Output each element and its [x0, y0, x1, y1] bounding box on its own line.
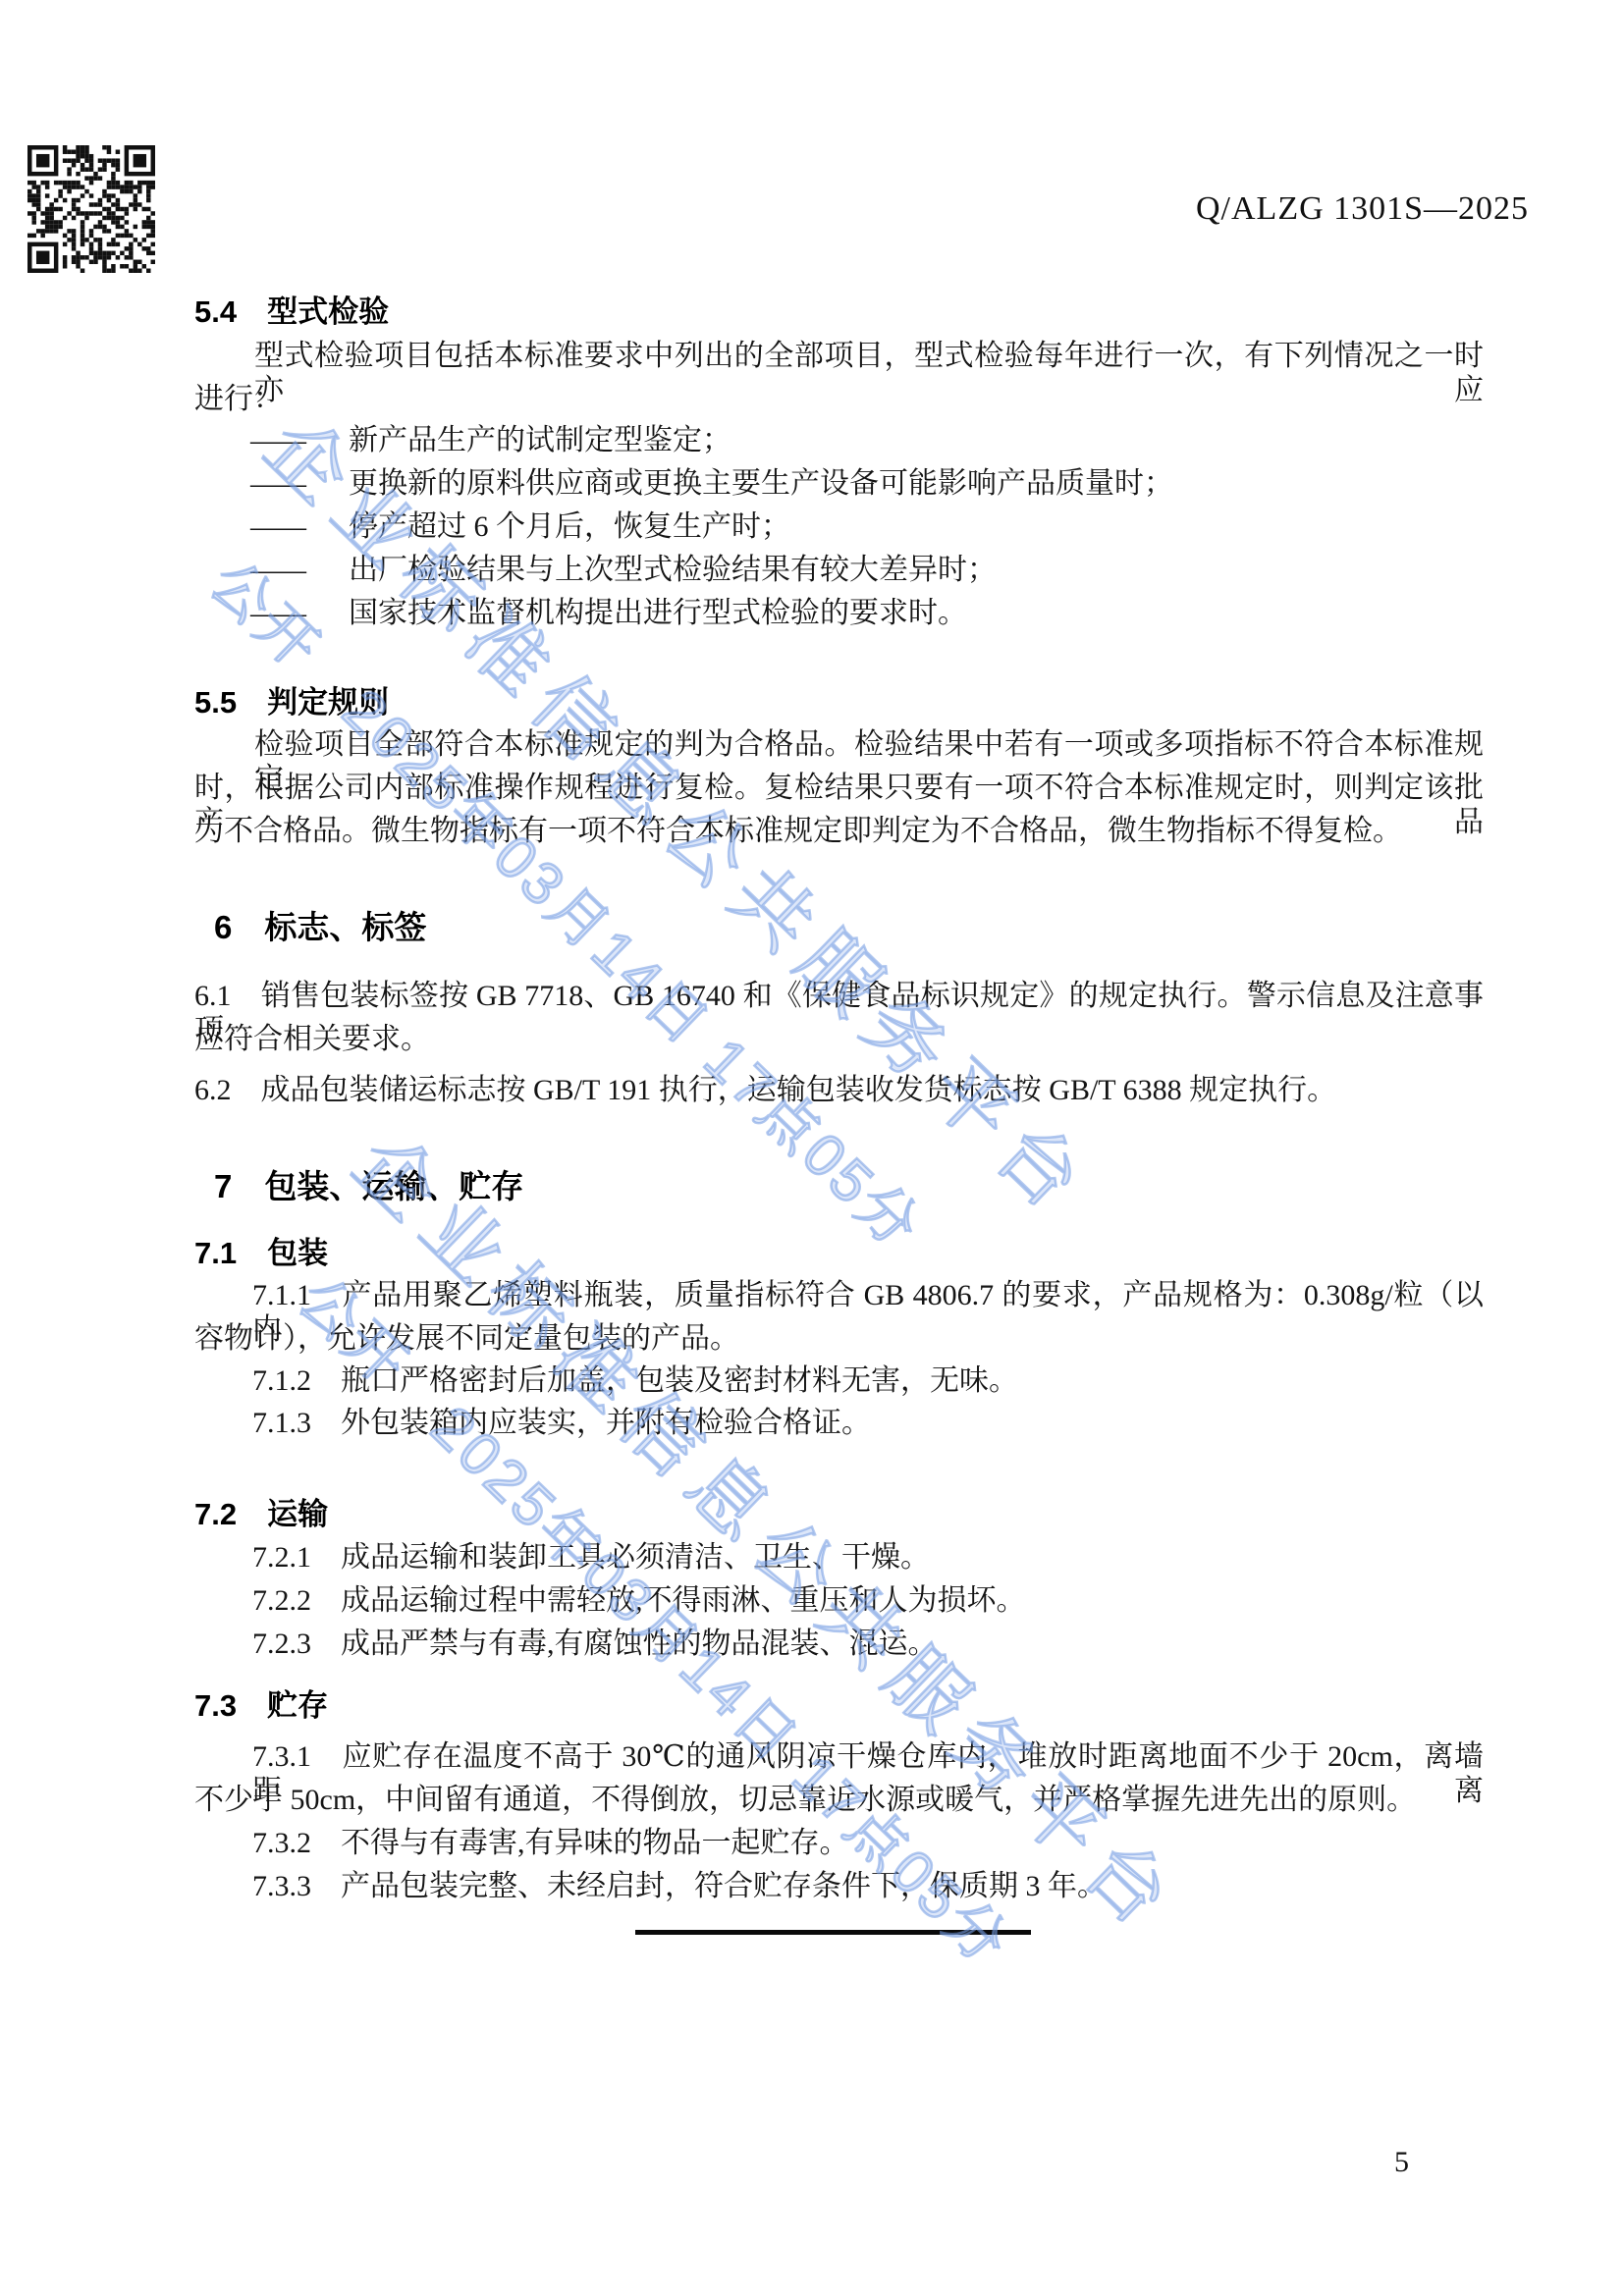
dash-prefix: —— — [250, 597, 349, 631]
clause-7-3-3: 7.3.3 产品包装完整、未经启封，符合贮存条件下，保质期 3 年。 — [252, 1870, 1107, 1904]
list-item-text: 更换新的原料供应商或更换主要生产设备可能影响产品质量时； — [349, 467, 1173, 500]
list-item: ——新产品生产的试制定型鉴定； — [250, 424, 731, 458]
list-item-text: 停产超过 6 个月后，恢复生产时； — [349, 510, 790, 543]
document-page: Q/ALZG 1301S—2025 5.4 型式检验 型式检验项目包括本标准要求… — [0, 0, 1624, 2296]
clause-6-2: 6.2 成品包装储运标志按 GB/T 191 执行，运输包装收发货标志按 GB/… — [194, 1074, 1336, 1108]
list-item-text: 出厂检验结果与上次型式检验结果有较大差异时； — [349, 554, 997, 586]
section-7-1-heading: 7.1 包装 — [194, 1236, 328, 1271]
list-item-text: 国家技术监督机构提出进行型式检验的要求时。 — [349, 597, 967, 629]
clause-7-3-1-line2: 不少于 50cm，中间留有通道，不得倒放，切忌靠近水源或暖气，并严格掌握先进先出… — [194, 1784, 1416, 1818]
dash-prefix: —— — [250, 554, 349, 588]
clause-7-2-1: 7.2.1 成品运输和装卸工具必须清洁、卫生、干燥。 — [252, 1541, 930, 1575]
clause-7-2-2: 7.2.2 成品运输过程中需轻放,不得雨淋、重压和人为损坏。 — [252, 1584, 1026, 1619]
clause-7-2-3: 7.2.3 成品严禁与有毒,有腐蚀性的物品混装、混运。 — [252, 1628, 938, 1662]
dash-prefix: —— — [250, 510, 349, 545]
page-number: 5 — [1394, 2146, 1409, 2179]
dash-prefix: —— — [250, 424, 349, 458]
section-7-heading: 7 包装、运输、贮存 — [214, 1168, 523, 1205]
end-of-text-rule — [635, 1930, 1031, 1935]
clause-7-1-3: 7.1.3 外包装箱内应装实，并附有检验合格证。 — [252, 1407, 871, 1441]
clause-6-1-line2: 应符合相关要求。 — [194, 1023, 430, 1057]
qr-code-image — [27, 145, 155, 273]
list-item: ——国家技术监督机构提出进行型式检验的要求时。 — [250, 597, 967, 631]
section-5-5-heading: 5.5 判定规则 — [194, 685, 389, 721]
section-5-4-intro-line1: 型式检验项目包括本标准要求中列出的全部项目，型式检验每年进行一次，有下列情况之一… — [254, 340, 1484, 407]
section-5-4-intro-line2: 进行： — [194, 383, 283, 417]
clause-7-1-1-line2: 容物计），允许发展不同定量包装的产品。 — [194, 1322, 739, 1357]
section-7-2-heading: 7.2 运输 — [194, 1497, 328, 1532]
clause-7-3-2: 7.3.2 不得与有毒害,有异味的物品一起贮存。 — [252, 1827, 849, 1861]
document-code: Q/ALZG 1301S—2025 — [1196, 190, 1529, 228]
list-item: ——出厂检验结果与上次型式检验结果有较大差异时； — [250, 554, 997, 588]
qr-code — [27, 145, 155, 273]
section-5-4-heading: 5.4 型式检验 — [194, 294, 389, 330]
dash-prefix: —— — [250, 467, 349, 502]
clause-7-1-2: 7.1.2 瓶口严格密封后加盖，包装及密封材料无害，无味。 — [252, 1364, 1018, 1399]
watermark-band: 企业标准信息公共服务平台 公开2025年03月14日 17点05分 — [244, 1104, 1209, 2048]
list-item: ——更换新的原料供应商或更换主要生产设备可能影响产品质量时； — [250, 467, 1173, 502]
section-7-3-heading: 7.3 贮存 — [194, 1688, 328, 1724]
section-6-heading: 6 标志、标签 — [214, 909, 426, 946]
list-item-text: 新产品生产的试制定型鉴定； — [349, 424, 731, 456]
section-5-5-line3: 为不合格品。微生物指标有一项不符合本标准规定即判定为不合格品，微生物指标不得复检… — [194, 815, 1402, 849]
list-item: ——停产超过 6 个月后，恢复生产时； — [250, 510, 790, 545]
